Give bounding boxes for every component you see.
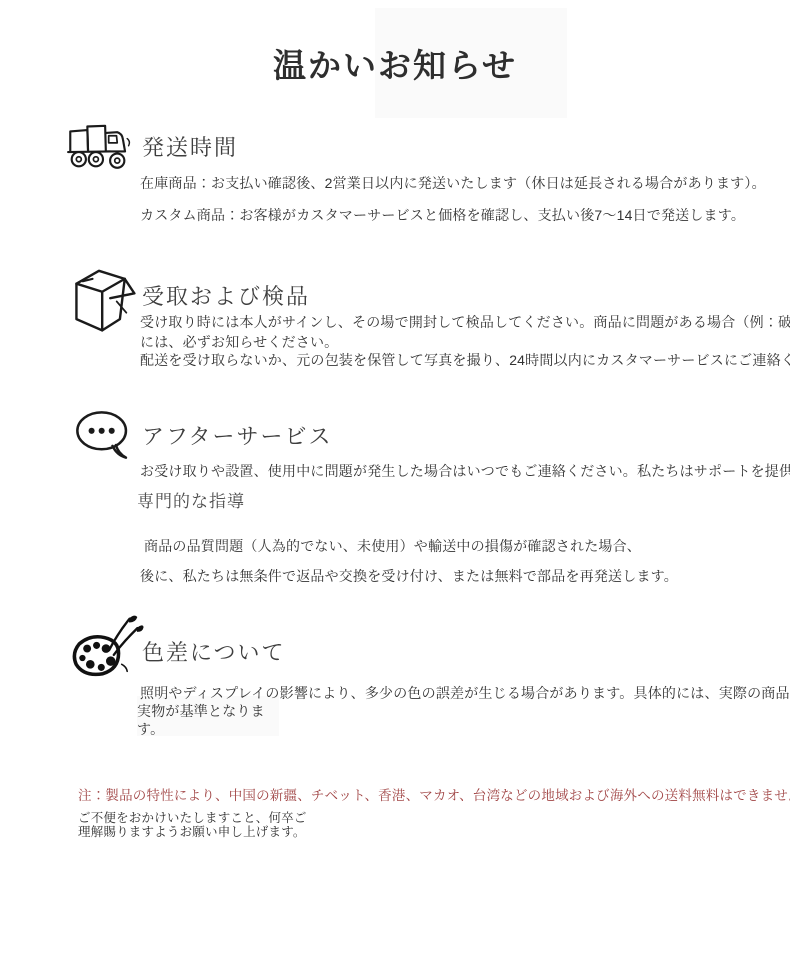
receipt-line-1: 受け取り時には本人がサインし、その場で開封して検品してください。商品に問題がある… bbox=[140, 312, 790, 332]
receipt-line-3: 配送を受け取らないか、元の包装を保管して写真を撮り、24時間以内にカスタマーサー… bbox=[140, 350, 790, 370]
apology-line-2: 理解賜りますようお願い申し上げます。 bbox=[78, 822, 306, 840]
shipping-line-2: カスタム商品：お客様がカスタマーサービスと価格を確認し、支払い後7～14日で発送… bbox=[140, 205, 745, 225]
section-heading-after-service: アフターサービス bbox=[142, 420, 332, 451]
shipping-restriction-note: 注：製品の特性により、中国の新疆、チベット、香港、マカオ、台湾などの地域および海… bbox=[78, 784, 790, 804]
chat-bubble-icon bbox=[74, 408, 136, 462]
guidance-line-2: 後に、私たちは無条件で返品や交換を受け付け、または無料で部品を再発送します。 bbox=[140, 566, 678, 586]
section-heading-shipping: 発送時間 bbox=[142, 131, 238, 162]
open-box-icon bbox=[70, 264, 136, 334]
after-service-intro: お受け取りや設置、使用中に問題が発生した場合はいつでもご連絡ください。私たちはサ… bbox=[140, 461, 790, 481]
color-line-3: す。 bbox=[137, 719, 164, 739]
page-title: 温かいお知らせ bbox=[0, 40, 790, 87]
truck-icon bbox=[66, 120, 140, 170]
sub-heading-guidance: 専門的な指導 bbox=[137, 487, 245, 512]
guidance-line-1: 商品の品質問題（人為的でない、未使用）や輸送中の損傷が確認された場合、 bbox=[144, 536, 641, 556]
color-line-2: 実物が基準となりま bbox=[137, 701, 265, 721]
palette-icon bbox=[68, 614, 144, 680]
notice-page: { "title": "温かいお知らせ", "colors": { "text"… bbox=[0, 0, 790, 978]
shipping-line-1: 在庫商品：お支払い確認後、2営業日以内に発送いたします（休日は延長される場合があ… bbox=[140, 173, 766, 193]
color-line-1: 照明やディスプレイの影響により、多少の色の誤差が生じる場合があります。具体的には… bbox=[140, 683, 790, 703]
section-heading-color: 色差について bbox=[142, 636, 286, 667]
receipt-line-2: には、必ずお知らせください。 bbox=[140, 332, 338, 352]
section-heading-receipt: 受取および検品 bbox=[142, 280, 310, 311]
